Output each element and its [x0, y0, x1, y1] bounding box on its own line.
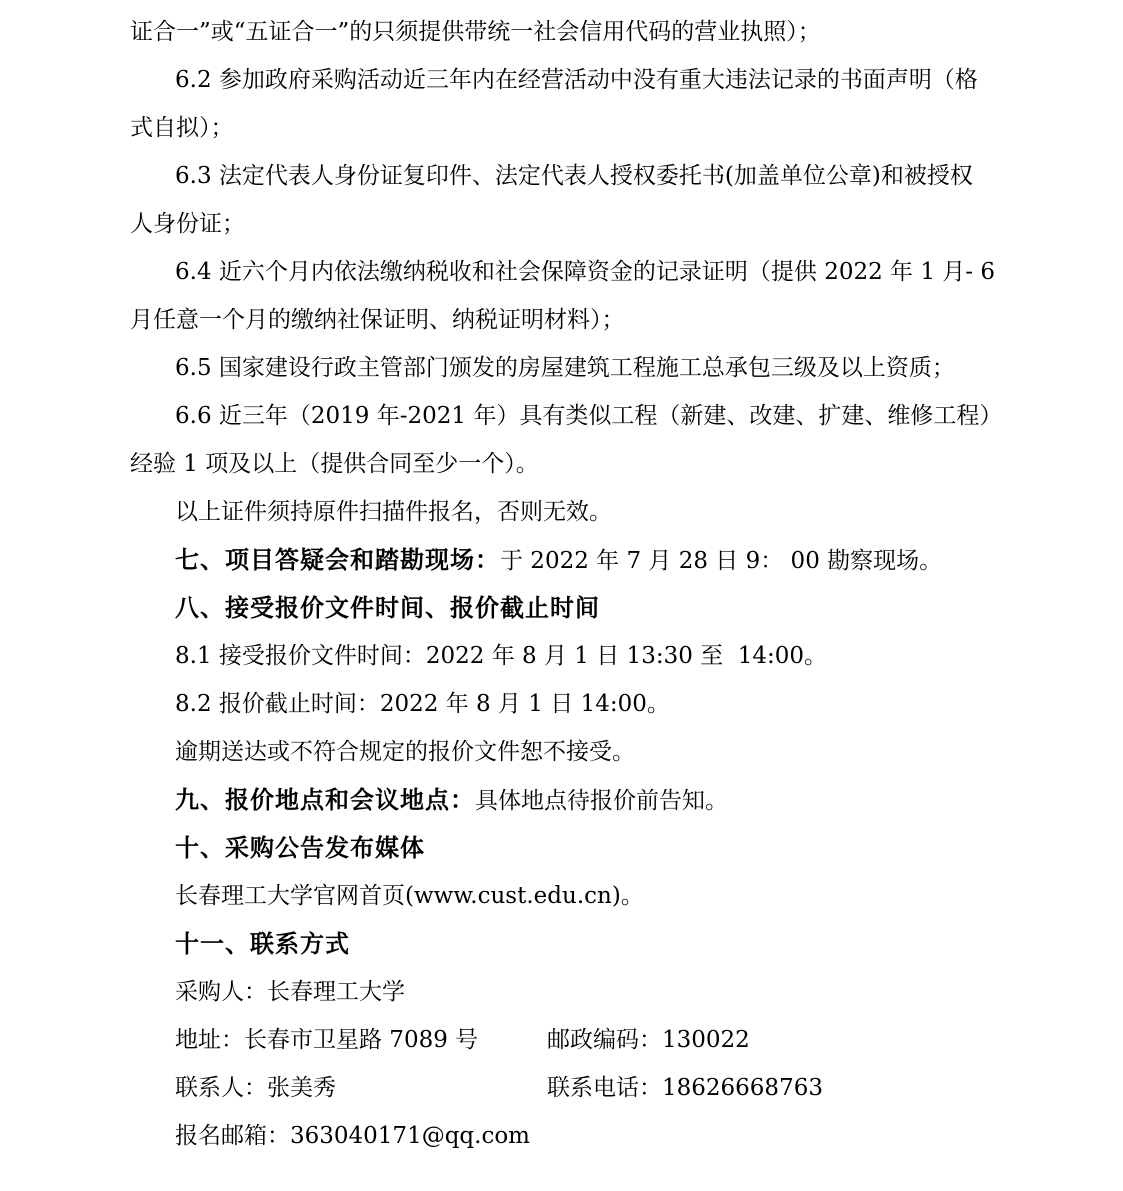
body-text: 6.5 国家建设行政主管部门颁发的房屋建筑工程施工总承包三级及以上资质；	[175, 355, 955, 381]
body-text: 8.2 报价截止时间：2022 年 8 月 1 日 14:00。	[175, 691, 670, 717]
text-line: 6.2 参加政府采购活动近三年内在经营活动中没有重大违法记录的书面声明（格	[130, 56, 1030, 104]
contact-info-row: 地址：长春市卫星路 7089 号邮政编码：130022	[130, 1016, 1030, 1064]
body-text: 6.3 法定代表人身份证复印件、法定代表人授权委托书(加盖单位公章)和被授权	[175, 163, 973, 189]
section-heading-text: 九、报价地点和会议地点：	[175, 786, 475, 814]
body-text: 长春理工大学官网首页(www.cust.edu.cn)。	[175, 883, 644, 909]
section-heading-line: 八、接受报价文件时间、报价截止时间	[130, 584, 1030, 632]
contact-info-row: 联系人：张美秀联系电话：18626668763	[130, 1064, 1030, 1112]
text-line: 逾期送达或不符合规定的报价文件恕不接受。	[130, 728, 1030, 776]
body-text: 月任意一个月的缴纳社保证明、纳税证明材料）；	[130, 307, 625, 333]
text-line: 6.3 法定代表人身份证复印件、法定代表人授权委托书(加盖单位公章)和被授权	[130, 152, 1030, 200]
section-heading-text: 七、项目答疑会和踏勘现场：	[175, 546, 500, 574]
body-text: 具体地点待报价前告知。	[475, 788, 728, 814]
body-text: 6.2 参加政府采购活动近三年内在经营活动中没有重大违法记录的书面声明（格	[175, 67, 978, 93]
body-text: 经验 1 项及以上（提供合同至少一个）。	[130, 451, 539, 477]
section-heading-line: 十、采购公告发布媒体	[130, 824, 1030, 872]
body-text: 联系人：张美秀	[175, 1075, 336, 1101]
body-text: 证合一”或“五证合一”的只须提供带统一社会信用代码的营业执照）；	[130, 19, 821, 45]
text-line: 8.1 接受报价文件时间：2022 年 8 月 1 日 13:30 至 14:0…	[130, 632, 1030, 680]
text-line: 采购人：长春理工大学	[130, 968, 1030, 1016]
body-text: 6.6 近三年（2019 年-2021 年）具有类似工程（新建、改建、扩建、维修…	[175, 403, 1002, 429]
body-text: 8.1 接受报价文件时间：2022 年 8 月 1 日 13:30 至 14:0…	[175, 643, 827, 669]
body-text: 人身份证；	[130, 211, 245, 237]
text-line: 以上证件须持原件扫描件报名，否则无效。	[130, 488, 1030, 536]
document-page: 证合一”或“五证合一”的只须提供带统一社会信用代码的营业执照）；6.2 参加政府…	[0, 0, 1123, 1191]
section-heading-text: 十、采购公告发布媒体	[175, 834, 425, 862]
text-line: 长春理工大学官网首页(www.cust.edu.cn)。	[130, 872, 1030, 920]
text-line: 式自拟）；	[130, 104, 1030, 152]
body-text: 采购人：长春理工大学	[175, 979, 405, 1005]
text-line: 人身份证；	[130, 200, 1030, 248]
text-line: 6.6 近三年（2019 年-2021 年）具有类似工程（新建、改建、扩建、维修…	[130, 392, 1030, 440]
body-text: 于 2022 年 7 月 28 日 9： 00 勘察现场。	[500, 548, 942, 574]
text-line: 6.5 国家建设行政主管部门颁发的房屋建筑工程施工总承包三级及以上资质；	[130, 344, 1030, 392]
text-line: 证合一”或“五证合一”的只须提供带统一社会信用代码的营业执照）；	[130, 8, 1030, 56]
text-line: 8.2 报价截止时间：2022 年 8 月 1 日 14:00。	[130, 680, 1030, 728]
text-line: 月任意一个月的缴纳社保证明、纳税证明材料）；	[130, 296, 1030, 344]
body-text: 6.4 近六个月内依法缴纳税收和社会保障资金的记录证明（提供 2022 年 1 …	[175, 259, 995, 285]
text-line: 经验 1 项及以上（提供合同至少一个）。	[130, 440, 1030, 488]
section-heading-paragraph: 七、项目答疑会和踏勘现场：于 2022 年 7 月 28 日 9： 00 勘察现…	[130, 536, 1030, 584]
body-text: 逾期送达或不符合规定的报价文件恕不接受。	[175, 739, 635, 765]
document-body: 证合一”或“五证合一”的只须提供带统一社会信用代码的营业执照）；6.2 参加政府…	[130, 8, 1030, 1160]
text-line: 6.4 近六个月内依法缴纳税收和社会保障资金的记录证明（提供 2022 年 1 …	[130, 248, 1030, 296]
section-heading-text: 十一、联系方式	[175, 930, 350, 958]
body-text: 式自拟）；	[130, 115, 234, 141]
text-line: 报名邮箱：363040171@qq.com	[130, 1112, 1030, 1160]
body-text: 邮政编码：130022	[547, 1016, 750, 1064]
section-heading-text: 八、接受报价文件时间、报价截止时间	[175, 594, 600, 622]
body-text: 地址：长春市卫星路 7089 号	[175, 1027, 478, 1053]
body-text: 联系电话：18626668763	[547, 1064, 823, 1112]
section-heading-paragraph: 九、报价地点和会议地点：具体地点待报价前告知。	[130, 776, 1030, 824]
body-text: 报名邮箱：363040171@qq.com	[175, 1123, 530, 1149]
body-text: 以上证件须持原件扫描件报名，否则无效。	[175, 499, 612, 525]
section-heading-line: 十一、联系方式	[130, 920, 1030, 968]
